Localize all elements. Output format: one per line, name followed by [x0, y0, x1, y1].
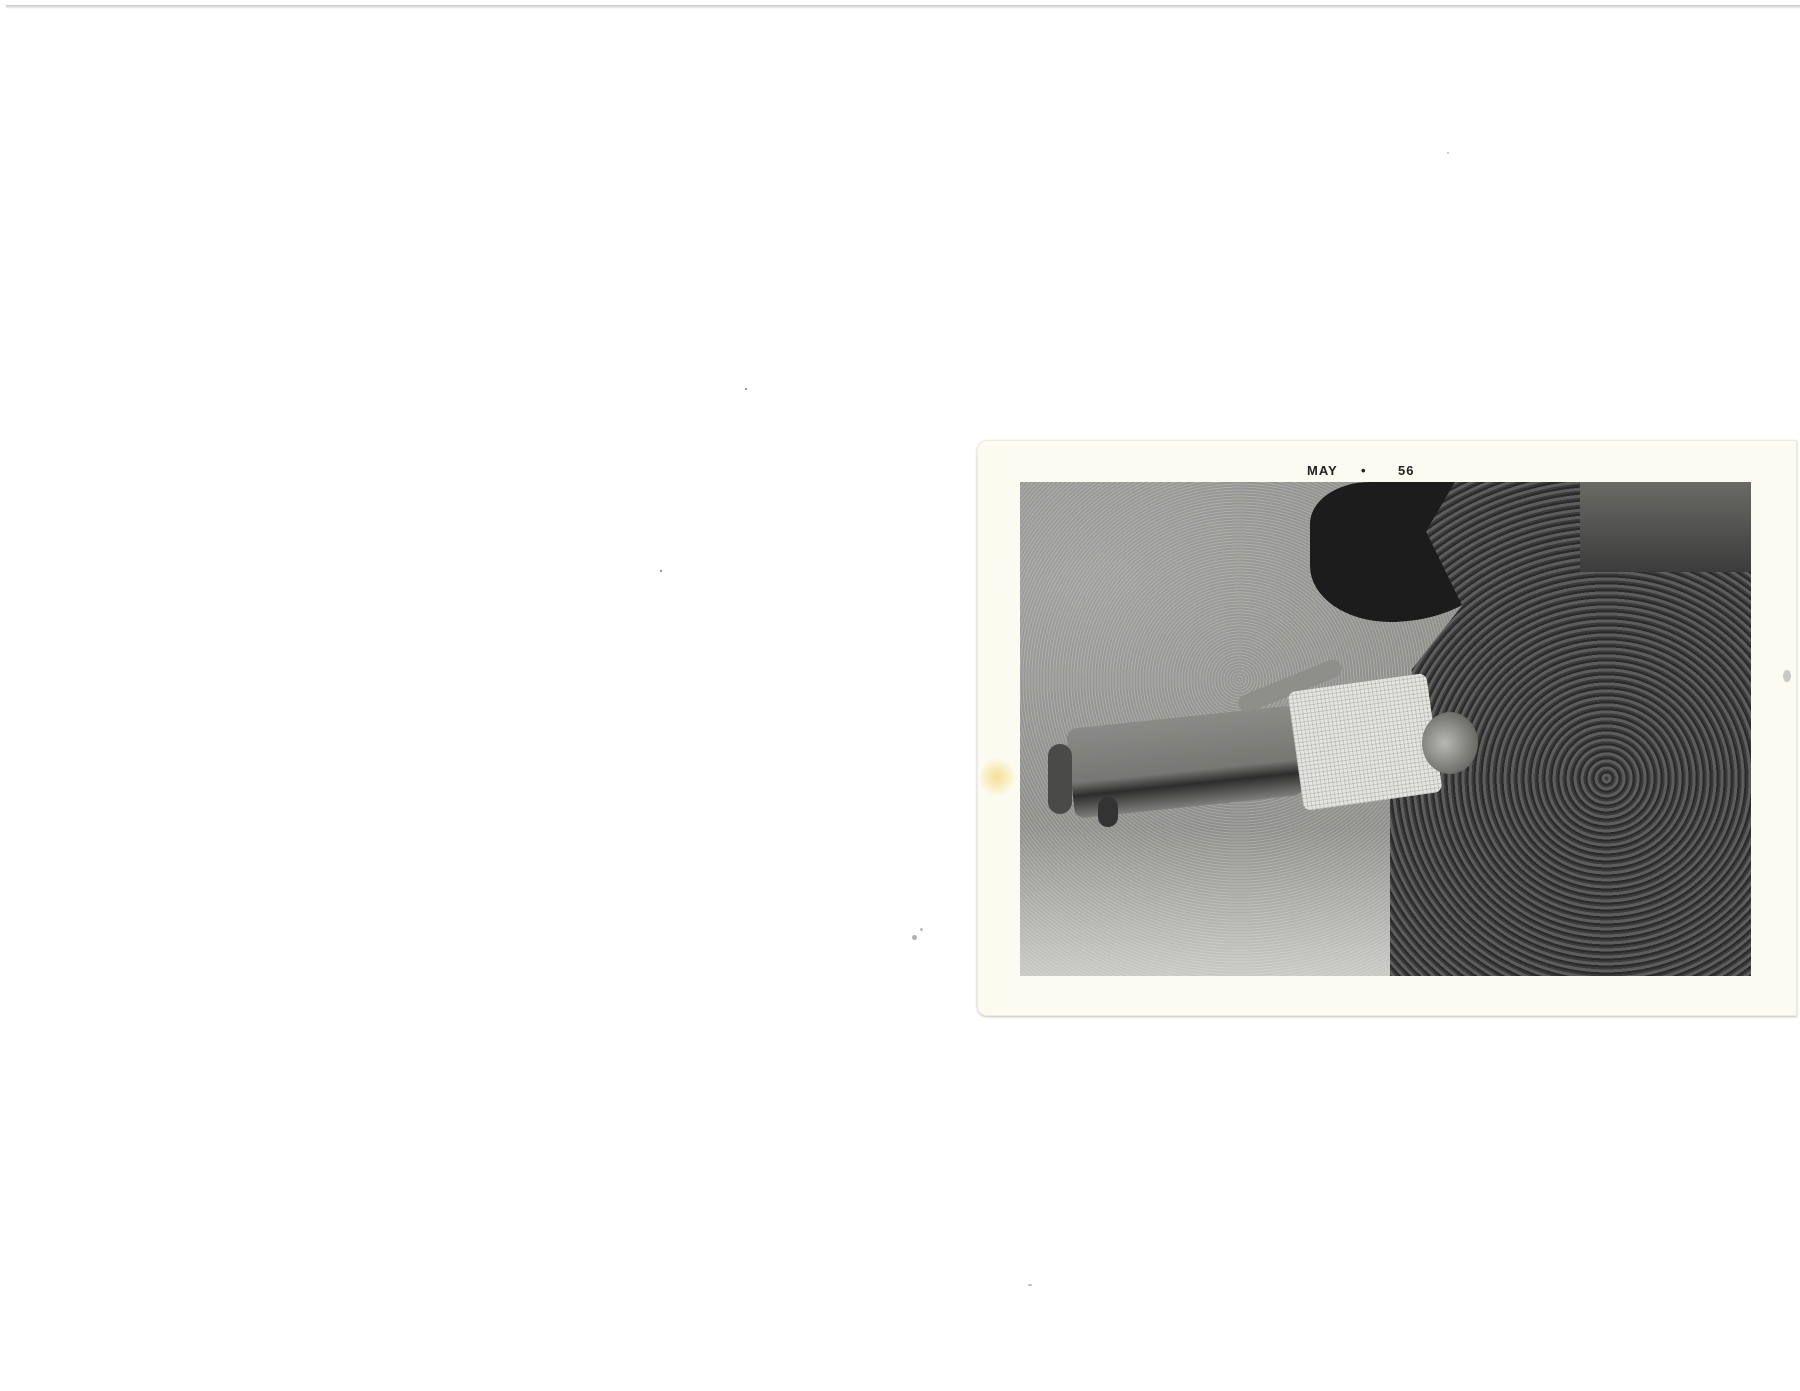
- card-mark: [1783, 670, 1791, 682]
- subject-shirt: [1287, 673, 1442, 811]
- dust-speck: [1447, 152, 1449, 154]
- subject-shoe: [1048, 744, 1072, 814]
- dust-speck: [660, 570, 662, 572]
- subject-shoe: [1098, 797, 1118, 827]
- photo-image: [1020, 482, 1751, 976]
- dust-speck: [912, 935, 917, 940]
- scanner-edge-line: [6, 5, 1800, 9]
- background-foliage: [1580, 482, 1751, 572]
- dust-speck: [920, 928, 923, 931]
- age-stain: [980, 758, 1014, 796]
- date-stamp: MAY • 56: [977, 440, 1797, 482]
- photo-print: MAY • 56: [977, 440, 1797, 1016]
- subject-head: [1422, 712, 1478, 774]
- dust-speck: [1028, 1284, 1032, 1286]
- dust-speck: [745, 388, 747, 390]
